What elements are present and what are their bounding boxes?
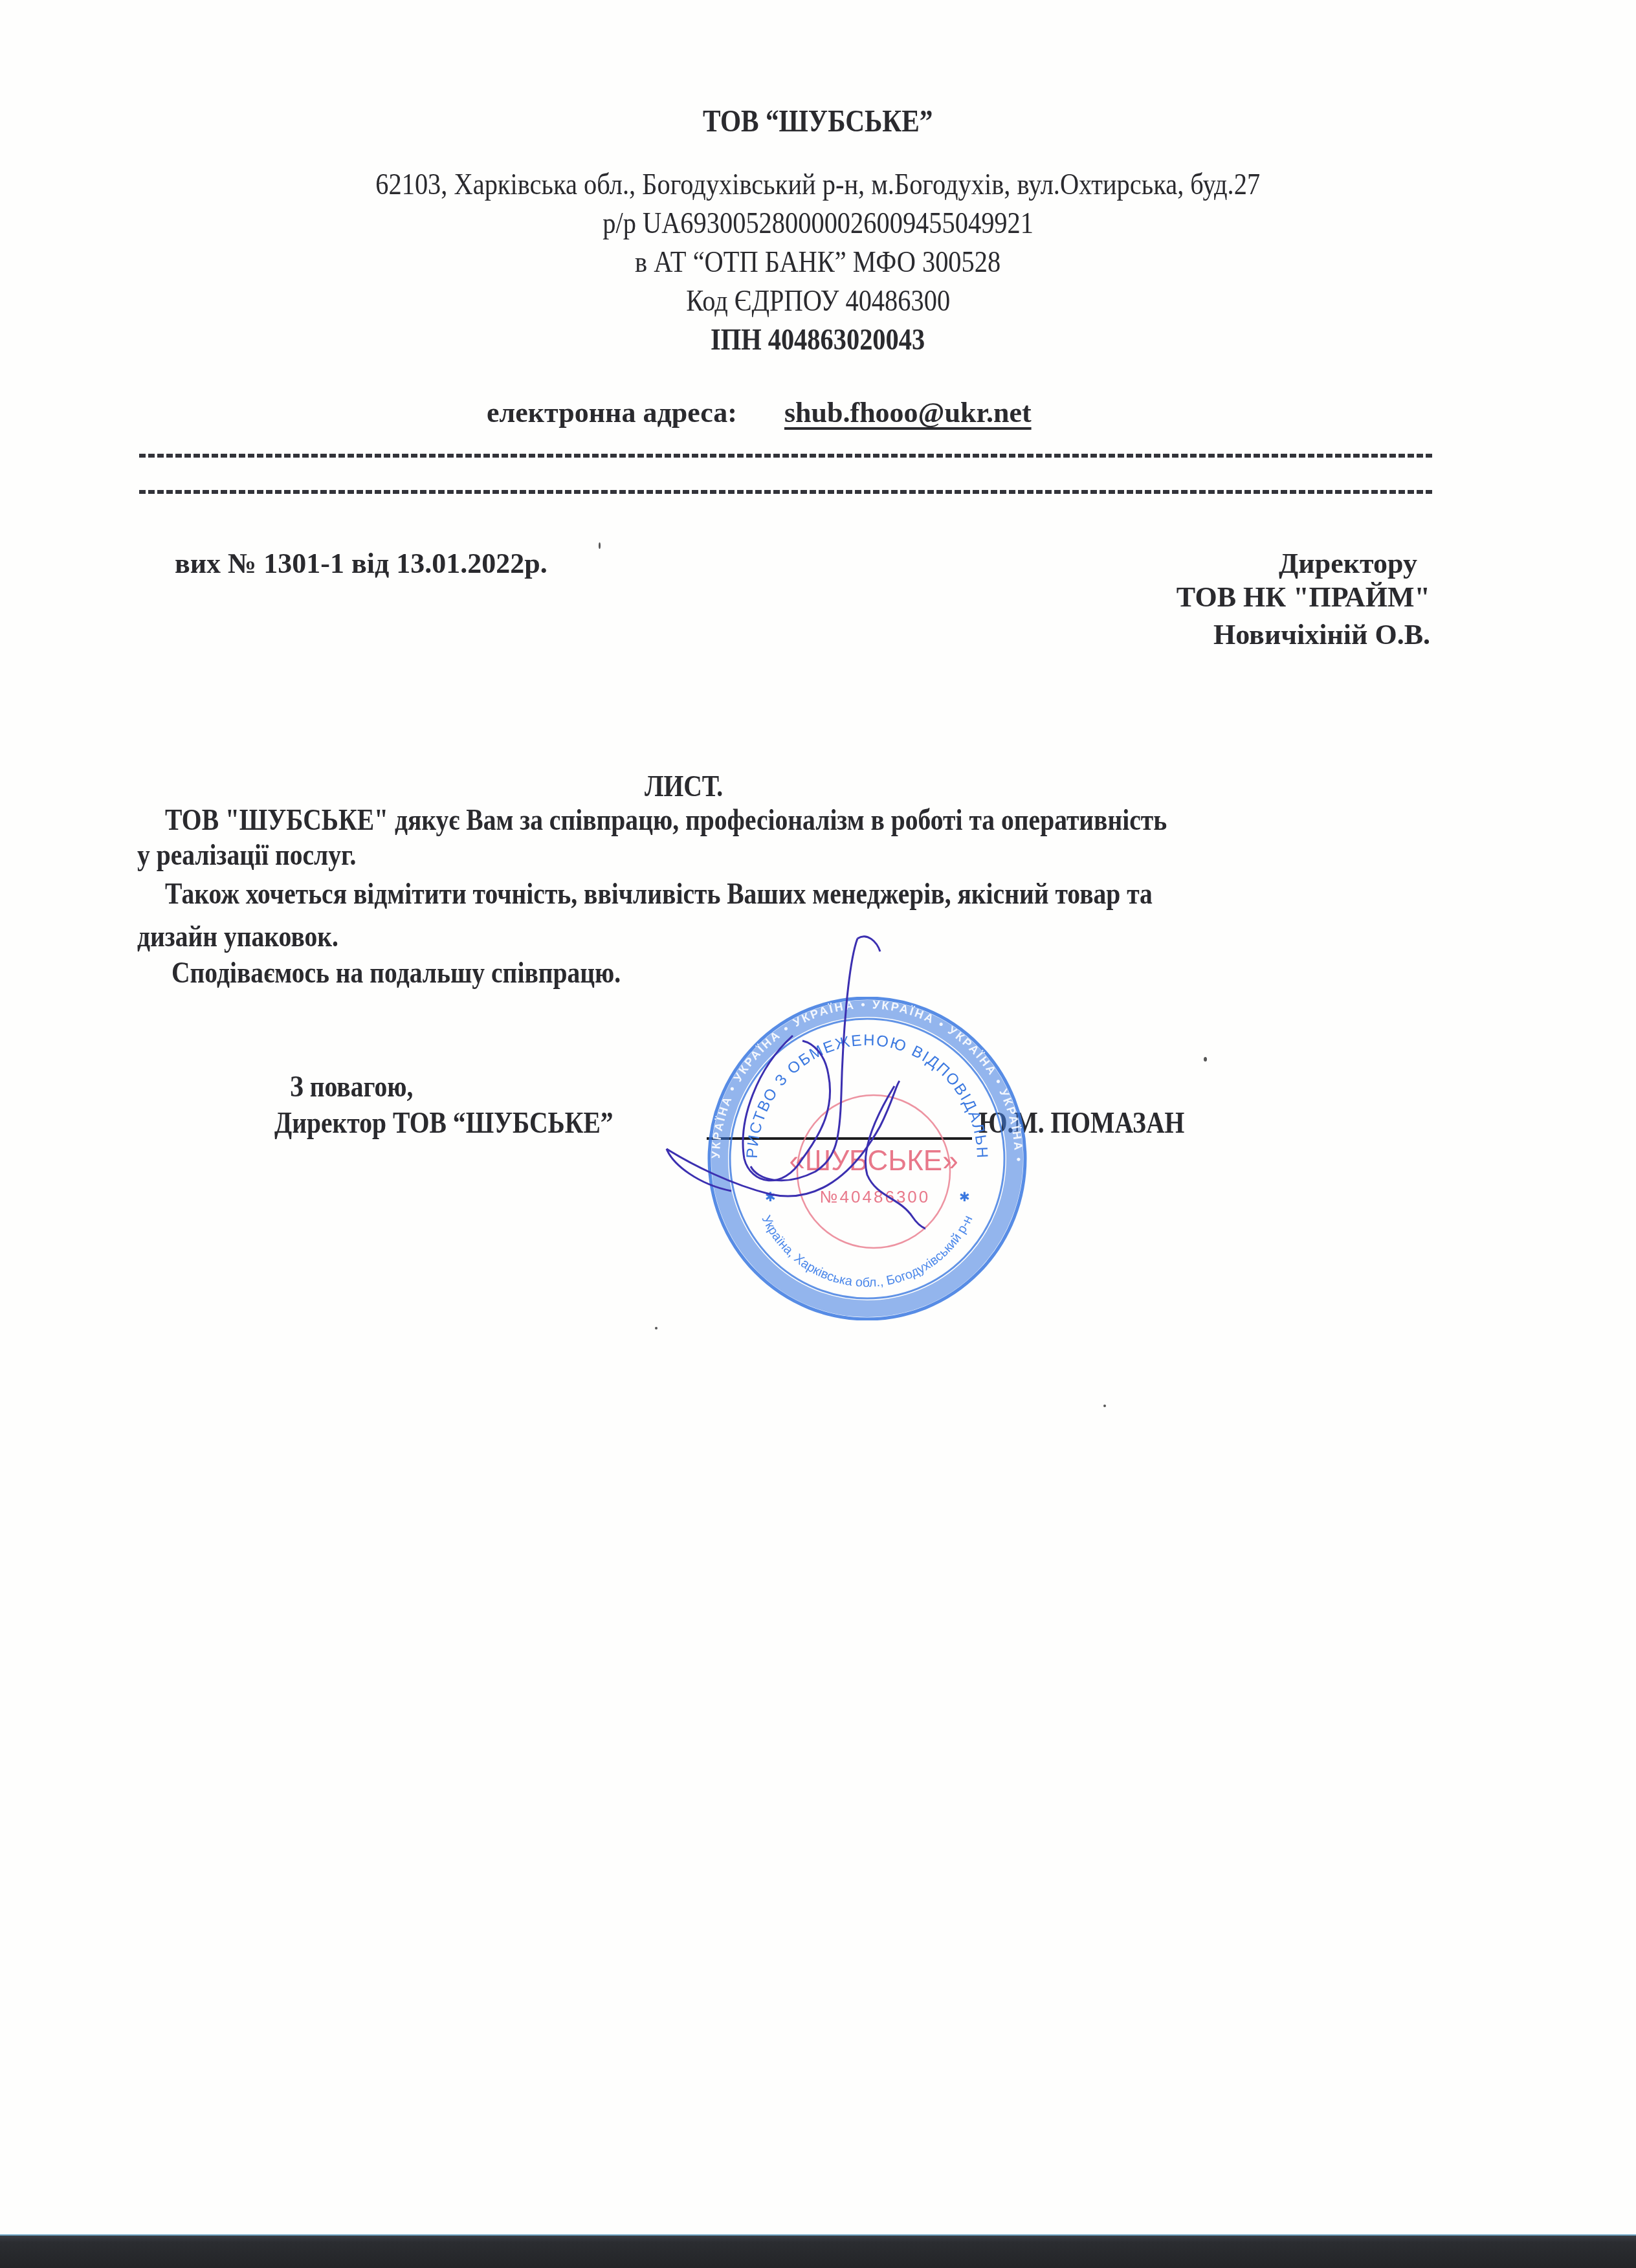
edrpou-code: Код ЄДРПОУ 40486300 — [0, 283, 1636, 318]
scan-speck — [1103, 1405, 1106, 1407]
scan-speck — [655, 1327, 658, 1329]
addressee-position: Директору — [1279, 547, 1417, 580]
body-line-1: ТОВ "ШУБСЬКЕ" дякує Вам за співпрацю, пр… — [165, 803, 1330, 837]
scan-speck — [599, 542, 601, 549]
email-label: електронна адреса: — [487, 396, 737, 429]
body-line-2: у реалізації послуг. — [137, 838, 392, 872]
letter-title: ЛИСТ. — [645, 769, 736, 803]
addressee-company: ТОВ НК "ПРАЙМ" — [1177, 581, 1430, 614]
email-row: електронна адреса: shub.fhooo@ukr.net — [487, 396, 1032, 429]
addressee-name: Новичіхіній О.В. — [1213, 618, 1430, 651]
outgoing-reference: вих № 1301-1 від 13.01.2022р. — [175, 547, 547, 580]
svg-text:✱: ✱ — [959, 1190, 970, 1205]
email-link[interactable]: shub.fhooo@ukr.net — [784, 396, 1032, 429]
letter-page: ТОВ “ШУБСЬКЕ” 62103, Харківська обл., Бо… — [0, 0, 1636, 2234]
body-line-3: Також хочеться відмітити точність, ввічл… — [165, 876, 1313, 911]
scan-speck — [1204, 1057, 1207, 1062]
scanner-edge-band — [0, 2234, 1636, 2268]
tax-id: ІПН 404863020043 — [0, 322, 1636, 357]
handwritten-signature — [654, 926, 925, 1288]
body-line-5: Сподіваємось на подальшу співпрацю. — [171, 955, 694, 990]
body-line-4: дизайн упаковок. — [137, 919, 371, 953]
dashed-separator-1 — [139, 454, 1435, 458]
bank-account: р/р UA693005280000026009455049921 — [0, 206, 1636, 241]
dashed-separator-2 — [139, 490, 1435, 494]
closing-regards: З повагою, — [290, 1069, 433, 1104]
bank-name: в АТ “ОТП БАНК” МФО 300528 — [0, 245, 1636, 280]
company-address: 62103, Харківська обл., Богодухівський р… — [0, 167, 1636, 202]
signer-position: Директор ТОВ “ШУБСЬКЕ” — [274, 1106, 669, 1140]
company-name: ТОВ “ШУБСЬКЕ” — [0, 104, 1636, 139]
